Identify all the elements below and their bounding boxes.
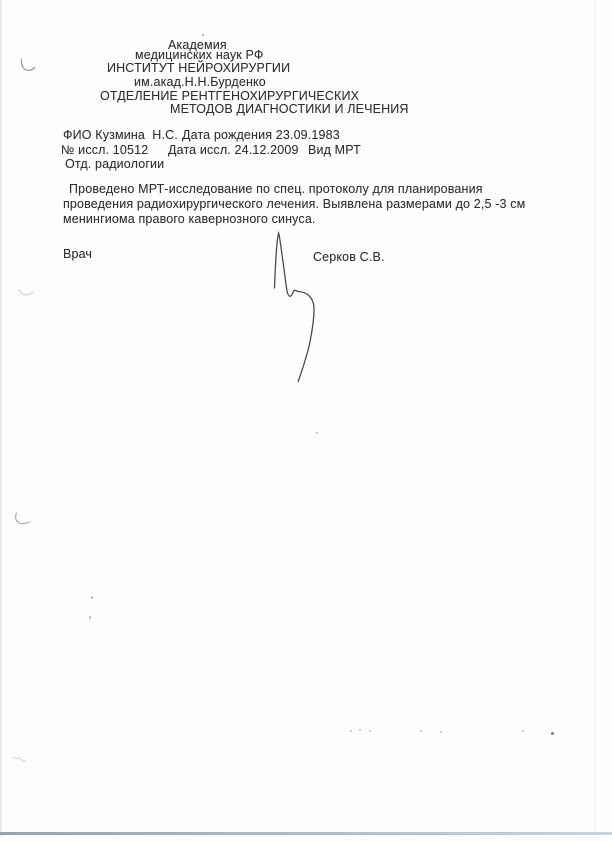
scan-edge-left	[0, 0, 3, 836]
doctor-label: Врач	[63, 248, 92, 261]
scan-edge-right	[594, 0, 595, 833]
study-modality: Вид МРТ	[308, 144, 361, 157]
letterhead-line: МЕТОДОВ ДИАГНОСТИКИ И ЛЕЧЕНИЯ	[170, 103, 409, 116]
study-date: Дата иссл. 24.12.2009	[168, 144, 299, 157]
scan-artifacts	[0, 0, 612, 842]
scan-dot	[420, 730, 422, 732]
signature-handwritten	[0, 0, 612, 842]
report-body-line: проведения радиохирургического лечения. …	[63, 198, 525, 211]
patient-birth-date: Дата рождения 23.09.1983	[182, 129, 340, 142]
study-number: № иссл. 10512	[61, 144, 148, 157]
patient-fio: ФИО Кузмина Н.С.	[63, 129, 178, 142]
scan-dot	[522, 730, 524, 732]
scan-dot	[369, 730, 371, 732]
report-body-line: менингиома правого кавернозного синуса.	[63, 213, 316, 226]
report-body-line: Проведено МРТ-исследование по спец. прот…	[69, 183, 483, 196]
patient-department: Отд. радиологии	[65, 158, 164, 171]
letterhead-line: ИНСТИТУТ НЕЙРОХИРУРГИИ	[107, 62, 290, 75]
scan-dot	[440, 731, 442, 733]
scan-dot	[350, 730, 352, 732]
scan-edge-shadow	[0, 832, 612, 835]
scan-speck	[89, 616, 91, 619]
scan-speck	[202, 34, 204, 36]
scan-speck	[316, 432, 318, 434]
scan-dot	[551, 732, 554, 735]
scan-speck	[91, 596, 93, 599]
doctor-name: Серков С.В.	[313, 251, 385, 264]
scan-dot	[359, 729, 361, 731]
letterhead-line: ОТДЕЛЕНИЕ РЕНТГЕНОХИРУРГИЧЕСКИХ	[100, 90, 359, 103]
scanned-document-page: Академия медицинских наук РФ ИНСТИТУТ НЕ…	[0, 0, 612, 842]
letterhead-line: им.акад.Н.Н.Бурденко	[134, 76, 266, 89]
